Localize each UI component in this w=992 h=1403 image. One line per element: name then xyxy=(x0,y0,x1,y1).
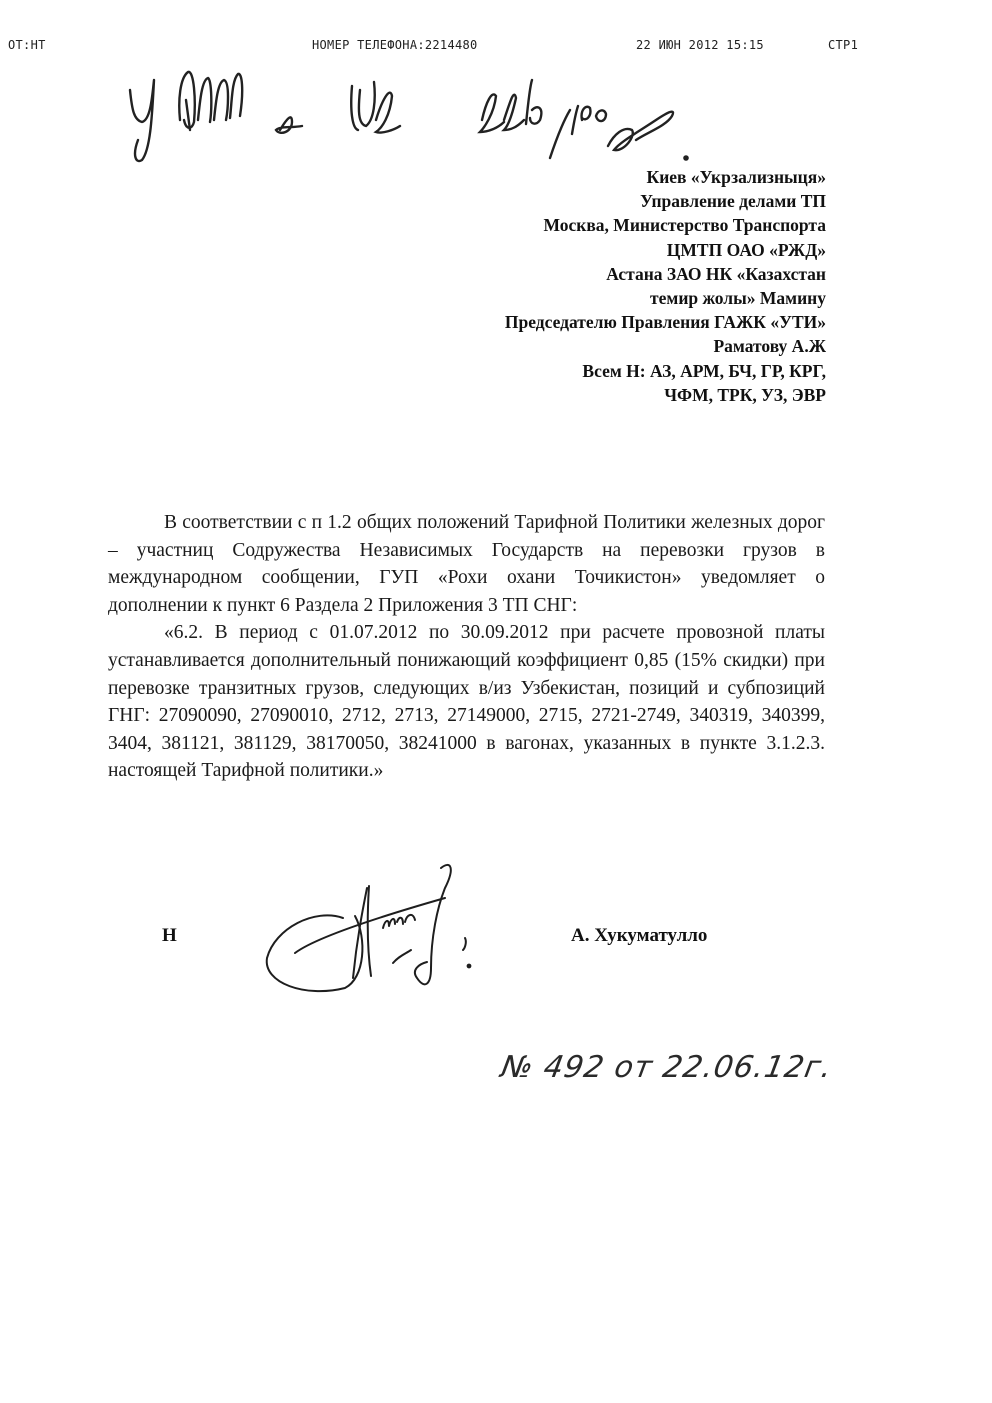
addressee-line: ЦМТП ОАО «РЖД» xyxy=(366,238,826,262)
fax-header: ОТ:НТ НОМЕР ТЕЛЕФОНА:2214480 22 ИЮН 2012… xyxy=(0,38,992,56)
signer-name: А. Хукуматулло xyxy=(571,925,707,947)
addressee-line: Москва, Министерство Транспорта xyxy=(366,213,826,237)
signature xyxy=(255,858,500,998)
addressee-line: Председателю Правления ГАЖК «УТИ» xyxy=(366,310,826,334)
fax-date-time: 22 ИЮН 2012 15:15 xyxy=(636,38,764,52)
addressee-line: ЧФМ, ТРК, УЗ, ЭВР xyxy=(366,383,826,407)
addressee-block: Киев «Укрзализныця» Управление делами ТП… xyxy=(366,165,826,407)
handwritten-signature-icon xyxy=(255,858,500,998)
letter-body: В соответствии с п 1.2 общих положений Т… xyxy=(108,509,825,785)
signature-position-label: Н xyxy=(162,925,177,947)
fax-sender: ОТ:НТ xyxy=(8,38,46,52)
addressee-line: Управление делами ТП xyxy=(366,189,826,213)
addressee-line: темир жолы» Мамину xyxy=(366,286,826,310)
addressee-line: Всем Н: АЗ, АРМ, БЧ, ГР, КРГ, xyxy=(366,359,826,383)
body-paragraph-amendment: «6.2. В период с 01.07.2012 по 30.09.201… xyxy=(108,619,825,785)
body-paragraph-notice: В соответствии с п 1.2 общих положений Т… xyxy=(108,509,825,619)
handwriting-scribble-icon xyxy=(120,60,740,170)
addressee-line: Астана ЗАО НК «Казахстан xyxy=(366,262,826,286)
fax-phone-number: НОМЕР ТЕЛЕФОНА:2214480 xyxy=(312,38,478,52)
addressee-line: Раматову А.Ж xyxy=(366,334,826,358)
addressee-line: Киев «Укрзализныця» xyxy=(366,165,826,189)
handwritten-resolution xyxy=(120,60,740,170)
fax-page-number: СТР1 xyxy=(828,38,858,52)
handwritten-registration-number: № 492 от 22.06.12г. xyxy=(496,1050,825,1100)
